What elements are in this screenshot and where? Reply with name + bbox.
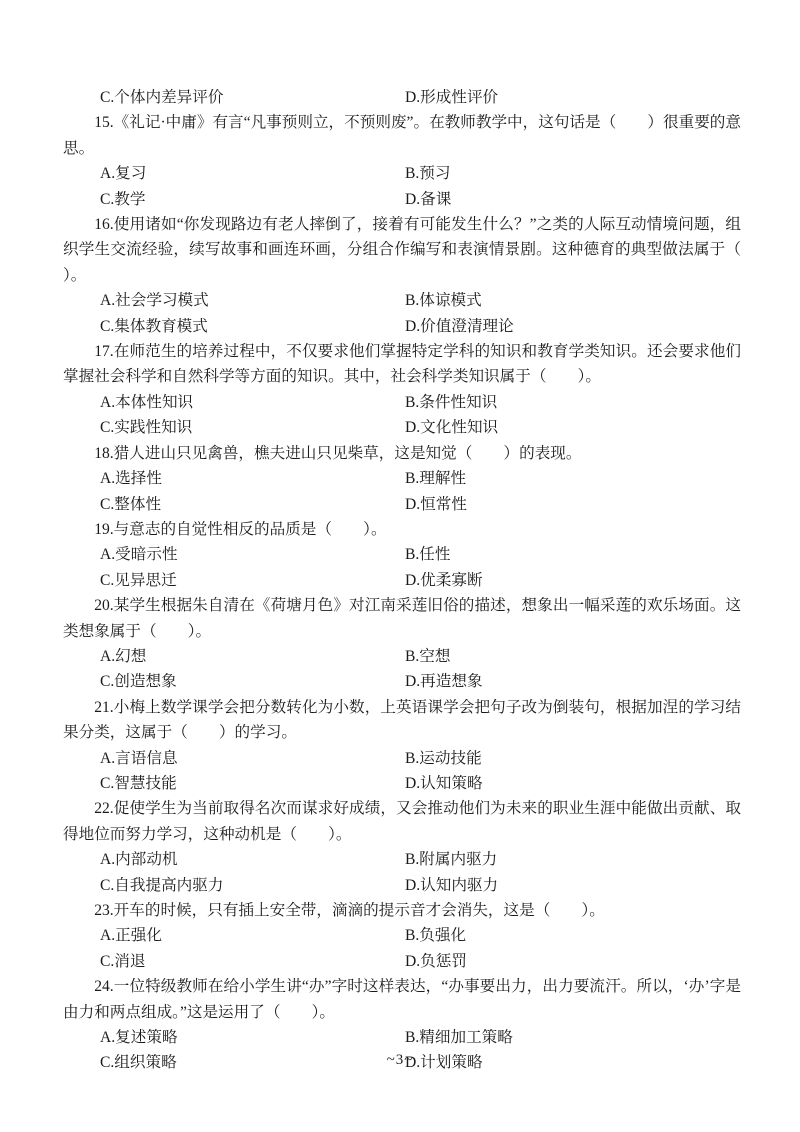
option: C.消退 (100, 949, 405, 974)
option: A.内部动机 (100, 847, 405, 872)
option-row: C.见异思迁D.优柔寡断 (63, 568, 741, 593)
page-footer: ~3~ (0, 1052, 800, 1069)
option: D.再造想象 (405, 669, 741, 694)
option: D.认知策略 (405, 771, 741, 796)
option: D.优柔寡断 (405, 568, 741, 593)
option: C.整体性 (100, 492, 405, 517)
option: C.创造想象 (100, 669, 405, 694)
option: A.正强化 (100, 923, 405, 948)
option: A.复述策略 (100, 1025, 405, 1050)
option: A.社会学习模式 (100, 288, 405, 313)
option: A.幻想 (100, 644, 405, 669)
option: A.受暗示性 (100, 542, 405, 567)
question-block: 17.在师范生的培养过程中，不仅要求他们掌握特定学科的知识和教育学类知识。还会要… (63, 339, 741, 441)
question-stem: 17.在师范生的培养过程中，不仅要求他们掌握特定学科的知识和教育学类知识。还会要… (63, 339, 741, 390)
option-row: A.社会学习模式B.体谅模式 (63, 288, 741, 313)
option: B.运动技能 (405, 746, 741, 771)
question-stem: 21.小梅上数学课学会把分数转化为小数，上英语课学会把句子改为倒装句，根据加涅的… (63, 695, 741, 746)
option: D.恒常性 (405, 492, 741, 517)
question-block: 20.某学生根据朱自清在《荷塘月色》对江南采莲旧俗的描述，想象出一幅采莲的欢乐场… (63, 593, 741, 695)
option: A.复习 (100, 161, 405, 186)
option-row: C.整体性D.恒常性 (63, 492, 741, 517)
option: A.言语信息 (100, 746, 405, 771)
option: C.实践性知识 (100, 415, 405, 440)
option: B.附属内驱力 (405, 847, 741, 872)
option-row: C.个体内差异评价D.形成性评价 (63, 85, 741, 110)
option-row: A.选择性B.理解性 (63, 466, 741, 491)
option: D.认知内驱力 (405, 873, 741, 898)
option: C.教学 (100, 187, 405, 212)
option-row: C.自我提高内驱力D.认知内驱力 (63, 873, 741, 898)
question-stem: 18.猎人进山只见禽兽，樵夫进山只见柴草，这是知觉（ ）的表现。 (63, 441, 741, 466)
option: C.智慧技能 (100, 771, 405, 796)
question-block: 19.与意志的自觉性相反的品质是（ ）。A.受暗示性B.任性C.见异思迁D.优柔… (63, 517, 741, 593)
question-stem: 23.开车的时候，只有插上安全带，滴滴的提示音才会消失，这是（ ）。 (63, 898, 741, 923)
option: C.自我提高内驱力 (100, 873, 405, 898)
option: B.任性 (405, 542, 741, 567)
option-row: C.实践性知识D.文化性知识 (63, 415, 741, 440)
option: D.负惩罚 (405, 949, 741, 974)
option-row: A.复述策略B.精细加工策略 (63, 1025, 741, 1050)
option-row: C.教学D.备课 (63, 187, 741, 212)
option: C.见异思迁 (100, 568, 405, 593)
option: B.精细加工策略 (405, 1025, 741, 1050)
option: B.空想 (405, 644, 741, 669)
option: B.预习 (405, 161, 741, 186)
option-row: A.复习B.预习 (63, 161, 741, 186)
question-block: 21.小梅上数学课学会把分数转化为小数，上英语课学会把句子改为倒装句，根据加涅的… (63, 695, 741, 797)
option: C.集体教育模式 (100, 314, 405, 339)
option: D.形成性评价 (405, 85, 741, 110)
option-row: A.内部动机B.附属内驱力 (63, 847, 741, 872)
question-block: 22.促使学生为当前取得名次而谋求好成绩，又会推动他们为未来的职业生涯中能做出贡… (63, 796, 741, 898)
question-stem: 16.使用诸如“你发现路边有老人摔倒了，接着有可能发生什么？”之类的人际互动情境… (63, 212, 741, 288)
question-stem: 20.某学生根据朱自清在《荷塘月色》对江南采莲旧俗的描述，想象出一幅采莲的欢乐场… (63, 593, 741, 644)
question-block: 23.开车的时候，只有插上安全带，滴滴的提示音才会消失，这是（ ）。A.正强化B… (63, 898, 741, 974)
option: C.个体内差异评价 (100, 85, 405, 110)
option-row: C.消退D.负惩罚 (63, 949, 741, 974)
option-row: A.言语信息B.运动技能 (63, 746, 741, 771)
option: D.备课 (405, 187, 741, 212)
question-stem: 24.一位特级教师在给小学生讲“办”字时这样表达，“办事要出力，出力要流汗。所以… (63, 974, 741, 1025)
option: B.理解性 (405, 466, 741, 491)
question-block: 15.《礼记·中庸》有言“凡事预则立，不预则废”。在教师教学中，这句话是（ ）很… (63, 110, 741, 212)
option: A.本体性知识 (100, 390, 405, 415)
option-row: A.本体性知识B.条件性知识 (63, 390, 741, 415)
question-stem: 19.与意志的自觉性相反的品质是（ ）。 (63, 517, 741, 542)
question-list: C.个体内差异评价D.形成性评价15.《礼记·中庸》有言“凡事预则立，不预则废”… (63, 85, 741, 1076)
exam-page: C.个体内差异评价D.形成性评价15.《礼记·中庸》有言“凡事预则立，不预则废”… (0, 0, 800, 1132)
option-row: A.受暗示性B.任性 (63, 542, 741, 567)
option-row: C.创造想象D.再造想象 (63, 669, 741, 694)
question-block: C.个体内差异评价D.形成性评价 (63, 85, 741, 110)
option: A.选择性 (100, 466, 405, 491)
question-block: 16.使用诸如“你发现路边有老人摔倒了，接着有可能发生什么？”之类的人际互动情境… (63, 212, 741, 339)
option: B.体谅模式 (405, 288, 741, 313)
option-row: C.智慧技能D.认知策略 (63, 771, 741, 796)
option: B.条件性知识 (405, 390, 741, 415)
option-row: A.正强化B.负强化 (63, 923, 741, 948)
question-stem: 22.促使学生为当前取得名次而谋求好成绩，又会推动他们为未来的职业生涯中能做出贡… (63, 796, 741, 847)
option: B.负强化 (405, 923, 741, 948)
option-row: C.集体教育模式D.价值澄清理论 (63, 314, 741, 339)
option-row: A.幻想B.空想 (63, 644, 741, 669)
question-block: 18.猎人进山只见禽兽，樵夫进山只见柴草，这是知觉（ ）的表现。A.选择性B.理… (63, 441, 741, 517)
option: D.文化性知识 (405, 415, 741, 440)
option: D.价值澄清理论 (405, 314, 741, 339)
question-stem: 15.《礼记·中庸》有言“凡事预则立，不预则废”。在教师教学中，这句话是（ ）很… (63, 110, 741, 161)
